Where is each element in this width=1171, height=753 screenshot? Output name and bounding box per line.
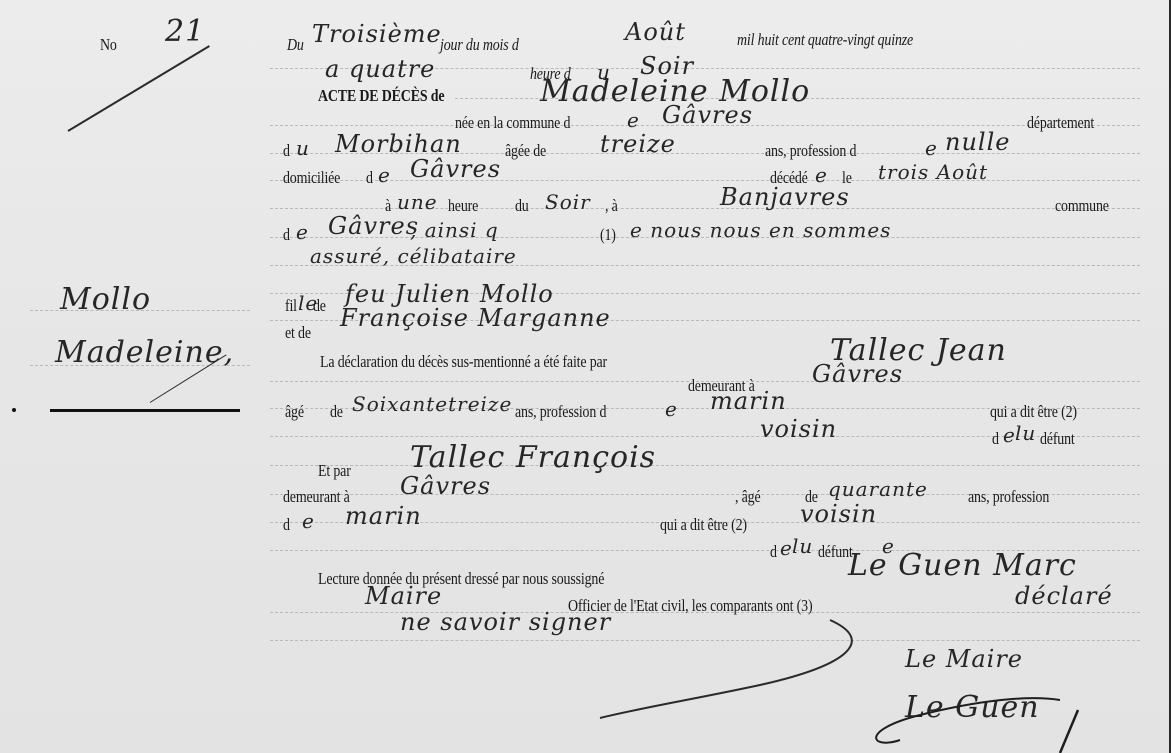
- ainsi-text: , ainsi q: [410, 218, 499, 242]
- civil-status: assuré, célibataire: [310, 244, 517, 268]
- label-heure-2: heure: [448, 196, 478, 216]
- du-suffix: lu: [1015, 421, 1036, 445]
- declaration-text: La déclaration du décès sus-mentionné a …: [320, 352, 607, 372]
- de-defunt-suffix-2: e: [780, 536, 793, 560]
- label-profession-2: ans, profession d: [515, 402, 606, 422]
- label-commune: commune: [1055, 196, 1109, 216]
- signature-flourish: [860, 670, 1110, 753]
- signature-title: Le Maire: [905, 645, 1023, 673]
- label-qui-a-dit-2: qui a dit être (2): [660, 515, 747, 535]
- mother-name: Françoise Marganne: [340, 304, 611, 332]
- label-qui-a-dit: qui a dit être (2): [990, 402, 1077, 422]
- declarant-2-age: quarante: [828, 477, 928, 501]
- d-suffix-2: e: [296, 220, 309, 244]
- assurance-text: e nous nous en sommes: [630, 218, 891, 242]
- declarant-2-residence: Gâvres: [400, 472, 491, 500]
- margin-surname: Mollo: [60, 282, 151, 317]
- label-et-de: et de: [285, 323, 311, 343]
- hour-value: a quatre: [325, 55, 435, 83]
- day-value: Troisième: [312, 20, 442, 48]
- d-suffix: u: [296, 136, 310, 160]
- year-text: mil huit cent quatre-vingt quinze: [737, 30, 913, 50]
- label-departement: département: [1027, 113, 1094, 133]
- label-de-defunt: d: [992, 429, 999, 449]
- declarant-2-name: Tallec François: [410, 440, 656, 475]
- age-value: treize: [600, 130, 676, 158]
- footnote-1: (1): [600, 225, 616, 245]
- guide-rule: [270, 180, 1140, 181]
- department-value: Morbihan: [335, 130, 462, 158]
- de-suffix: e: [378, 163, 391, 187]
- officer-role: Maire: [365, 582, 442, 610]
- month-value: Août: [625, 18, 686, 46]
- label-a-2: , à: [605, 196, 618, 216]
- label-de-defunt-2: d: [770, 542, 777, 562]
- margin-pen-stroke: [67, 45, 209, 132]
- death-place: Banjavres: [720, 183, 850, 211]
- label-de-father: de: [313, 296, 326, 316]
- label-defunt: défunt: [1040, 429, 1075, 449]
- de-defunt-suffix: e: [1003, 423, 1016, 447]
- label-de: d: [366, 168, 373, 188]
- birth-commune: Gâvres: [662, 101, 753, 129]
- label-d-3: d: [283, 515, 290, 535]
- label-profession: ans, profession d: [765, 141, 856, 161]
- lecture-text: Lecture donnée du présent dressé par nou…: [318, 569, 604, 589]
- certificate-title: ACTE DE DÉCÈS de: [318, 86, 444, 106]
- declarant-2-profession: marin: [345, 502, 422, 530]
- nee-suffix: e: [627, 108, 640, 132]
- label-age-2: , âgé: [735, 487, 760, 507]
- label-du-2: du: [515, 196, 529, 216]
- record-number: 21: [165, 14, 205, 49]
- margin-underline: [50, 409, 240, 412]
- label-age: âgé: [285, 402, 304, 422]
- declarant-2-relation: voisin: [800, 500, 877, 528]
- ink-dot: [12, 408, 16, 412]
- label-agee-de: âgée de: [505, 141, 546, 161]
- death-date: trois Août: [878, 160, 988, 184]
- profession-suffix: e: [925, 136, 938, 160]
- record-number-label: No: [100, 35, 117, 55]
- guide-rule: [270, 465, 1140, 466]
- label-de-age: de: [330, 402, 343, 422]
- declarant-1-profession: marin: [710, 387, 787, 415]
- label-du: Du: [287, 35, 304, 55]
- label-demeurant-2: demeurant à: [283, 487, 350, 507]
- label-d-2: d: [283, 225, 290, 245]
- label-domiciliee: domiciliée: [283, 168, 340, 188]
- officer-name: Le Guen Marc: [848, 548, 1077, 583]
- profession-value: nulle: [945, 128, 1010, 156]
- d-suffix-3: e: [302, 509, 315, 533]
- flourish-stroke: [600, 610, 870, 720]
- declarant-1-residence: Gâvres: [812, 360, 903, 388]
- du-suffix-2: lu: [792, 534, 813, 558]
- label-nee-commune: née en la commune d: [455, 113, 570, 133]
- domicile-value: Gâvres: [410, 155, 501, 183]
- declared-text: déclaré: [1015, 582, 1113, 610]
- label-fille: fil: [285, 296, 297, 316]
- death-period: Soir: [545, 190, 591, 214]
- label-jour-du-mois: jour du mois d: [440, 35, 519, 55]
- label-et-par: Et par: [318, 461, 351, 481]
- label-profession-3: ans, profession: [968, 487, 1049, 507]
- label-d: d: [283, 141, 290, 161]
- death-hour: une: [397, 190, 438, 214]
- declarant-1-age: Soixantetreize: [352, 392, 512, 416]
- death-certificate-page: No 21 Du Troisième jour du mois d Août m…: [0, 0, 1171, 753]
- cannot-sign-text: ne savoir signer: [400, 608, 611, 636]
- death-commune: Gâvres: [328, 212, 419, 240]
- declarant-1-relation: voisin: [760, 415, 837, 443]
- profession-suffix-2: e: [665, 397, 678, 421]
